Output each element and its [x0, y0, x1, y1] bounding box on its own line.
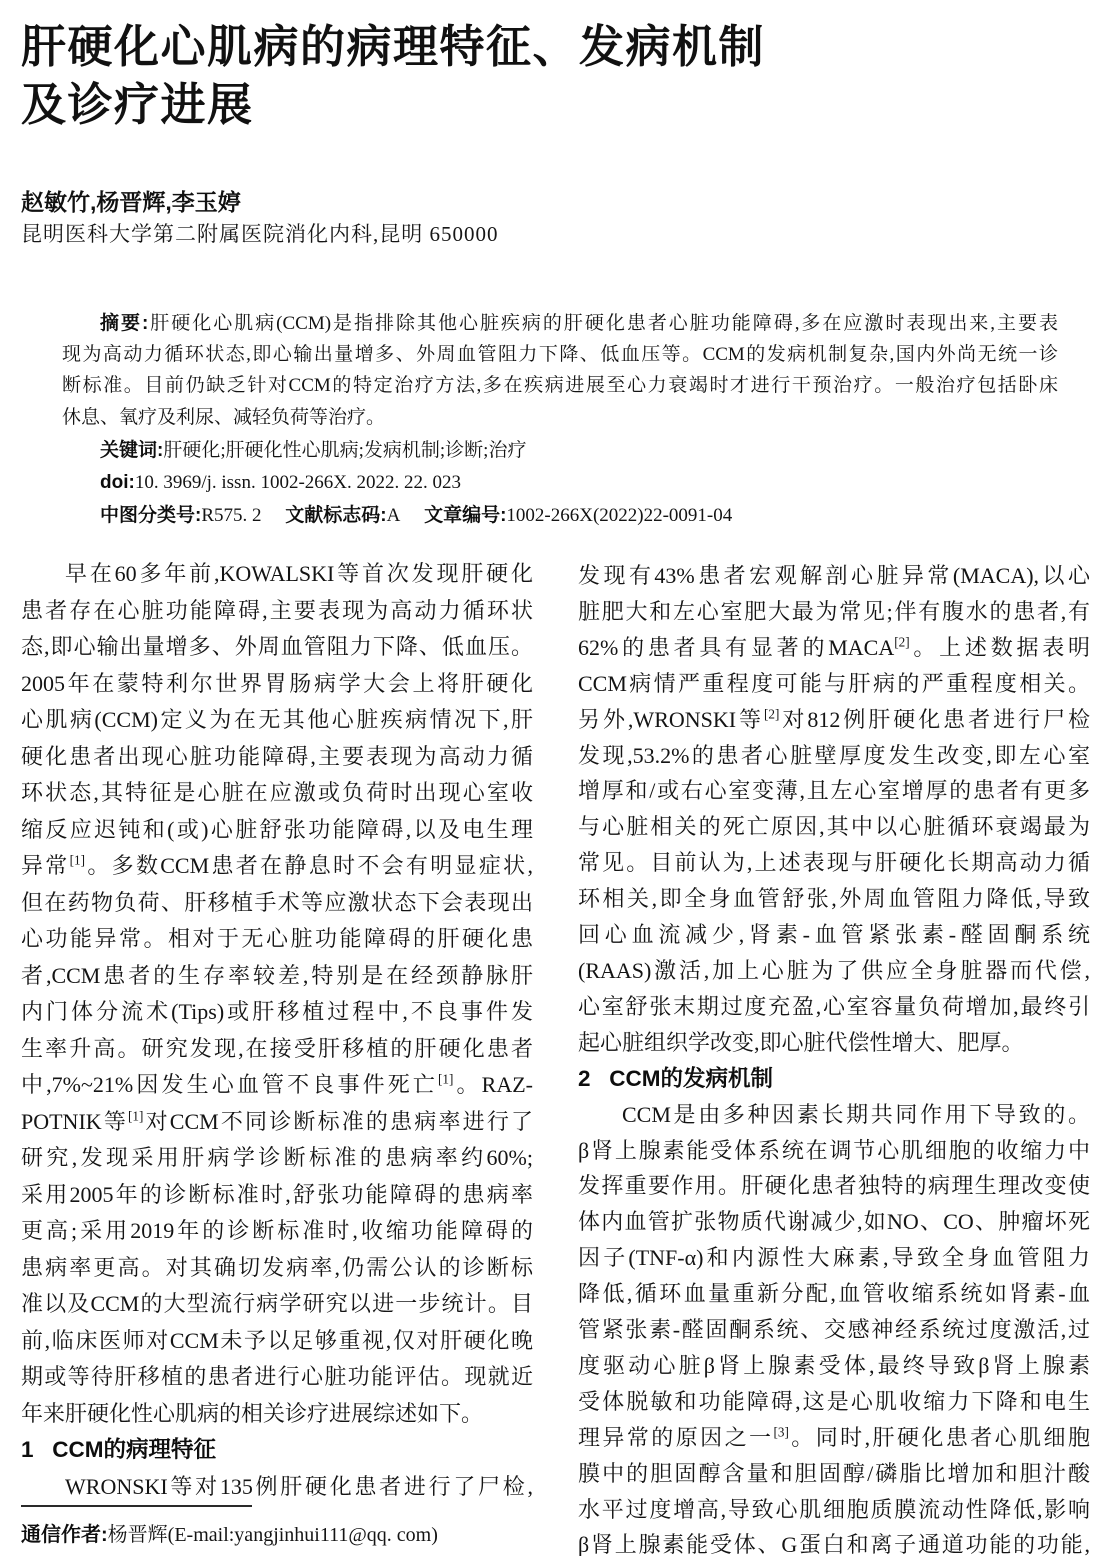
reference-superscript: [1]	[70, 853, 85, 868]
text-line: 异常[1]。多数CCM患者在静息时不会有明显症状,	[21, 848, 533, 885]
authors-line: 赵敏竹,杨晋辉,李玉婷	[21, 184, 241, 217]
text-line: 发挥重要作用。肝硬化患者独特的病理生理改变使	[578, 1168, 1090, 1204]
field-label: 中图分类号:	[100, 505, 201, 526]
text-line: 与心脏相关的死亡原因,其中以心脏循环衰竭最为	[578, 809, 1090, 845]
reference-superscript: [3]	[773, 1424, 788, 1439]
text-line: 2005年在蒙特利尔世界胃肠病学大会上将肝硬化	[21, 666, 533, 703]
text-line: 增厚和/或右心室变薄,且左心室增厚的患者有更多	[578, 773, 1090, 809]
text-line: doi:10. 3969/j. issn. 1002-266X. 2022. 2…	[62, 467, 1058, 500]
field-label: 文献标志码:	[285, 505, 386, 526]
text-line: 常见。目前认为,上述表现与肝硬化长期高动力循	[578, 845, 1090, 881]
text-line: 环状态,其特征是心脏在应激或负荷时出现心室收	[21, 775, 533, 812]
text-line: CCM病情严重程度可能与肝病的严重程度相关。	[578, 666, 1090, 702]
text-line: 度驱动心脏β肾上腺素受体,最终导致β肾上腺素	[578, 1348, 1090, 1384]
footnote-rule	[21, 1505, 252, 1507]
text-line: 膜中的胆固醇含量和胆固醇/磷脂比增加和胆汁酸	[578, 1456, 1090, 1492]
text-line: 休息、氧疗及利尿、减轻负荷等治疗。	[62, 402, 1058, 433]
text-line: 发现有43%患者宏观解剖心脏异常(MACA),以心	[578, 558, 1090, 594]
affiliation-line: 昆明医科大学第二附属医院消化内科,昆明 650000	[21, 218, 499, 248]
reference-superscript: [1]	[438, 1072, 453, 1087]
text-line: 62%的患者具有显著的MACA[2]。上述数据表明	[578, 630, 1090, 666]
footnote-text: 通信作者:杨晋辉(E-mail:yangjinhui111@qq. com)	[21, 1520, 551, 1550]
text-line: 准以及CCM的大型流行病学研究以进一步统计。目	[21, 1286, 533, 1323]
paper-page: 肝硬化心肌病的病理特征、发病机制 及诊疗进展 赵敏竹,杨晋辉,李玉婷 昆明医科大…	[0, 0, 1116, 1556]
abstract-block: 摘要:肝硬化心肌病(CCM)是指排除其他心脏疾病的肝硬化患者心脏功能障碍,多在应…	[62, 308, 1058, 433]
text-line: 心功能异常。相对于无心脏功能障碍的肝硬化患	[21, 921, 533, 958]
page-title-line-2: 及诊疗进展	[21, 76, 921, 134]
text-line: 期或等待肝移植的患者进行心脏功能评估。现就近	[21, 1359, 533, 1396]
field-label: 通信作者:	[21, 1524, 108, 1546]
reference-superscript: [2]	[764, 706, 779, 721]
text-line: 起心脏组织学改变,即心脏代偿性增大、肥厚。	[578, 1025, 1090, 1061]
text-line: 心肌病(CCM)定义为在无其他心脏疾病情况下,肝	[21, 702, 533, 739]
section-heading: 2 CCM的发病机制	[578, 1061, 1090, 1097]
text-line: 理异常的原因之一[3]。同时,肝硬化患者心肌细胞	[578, 1420, 1090, 1456]
body-column-right: 发现有43%患者宏观解剖心脏异常(MACA),以心脏肥大和左心室肥大最为常见;伴…	[578, 558, 1090, 1556]
text-line: 采用2005年的诊断标准时,舒张功能障碍的患病率	[21, 1177, 533, 1214]
text-line: 关键词:肝硬化;肝硬化性心肌病;发病机制;诊断;治疗	[62, 435, 1058, 468]
text-line: 者,CCM患者的生存率较差,特别是在经颈静脉肝	[21, 958, 533, 995]
text-line: 因子(TNF-α)和内源性大麻素,导致全身血管阻力	[578, 1240, 1090, 1276]
text-line: 中图分类号:R575. 2 文献标志码:A 文章编号:1002-266X(202…	[62, 500, 1058, 533]
text-line: 降低,循环血量重新分配,血管收缩系统如肾素-血	[578, 1276, 1090, 1312]
text-line: 硬化患者出现心脏功能障碍,主要表现为高动力循	[21, 739, 533, 776]
text-line: 受体脱敏和功能障碍,这是心肌收缩力下降和电生	[578, 1384, 1090, 1420]
reference-superscript: [2]	[894, 634, 909, 649]
page-title-line-1: 肝硬化心肌病的病理特征、发病机制	[21, 18, 921, 76]
meta-block: 关键词:肝硬化;肝硬化性心肌病;发病机制;诊断;治疗doi:10. 3969/j…	[62, 435, 1058, 533]
text-line: 患病率更高。对其确切发病率,仍需公认的诊断标	[21, 1250, 533, 1287]
text-line: 内门体分流术(Tips)或肝移植过程中,不良事件发	[21, 994, 533, 1031]
text-line: 水平过度增高,导致心肌细胞质膜流动性降低,影响	[578, 1492, 1090, 1528]
text-line: 早在60多年前,KOWALSKI等首次发现肝硬化	[21, 556, 533, 593]
text-line: 但在药物负荷、肝移植手术等应激状态下会表现出	[21, 885, 533, 922]
section-heading: 1 CCM的病理特征	[21, 1432, 533, 1469]
text-line: 生率升高。研究发现,在接受肝移植的肝硬化患者	[21, 1031, 533, 1068]
reference-superscript: [1]	[128, 1108, 143, 1123]
text-line: 另外,WRONSKI等[2]对812例肝硬化患者进行尸检	[578, 702, 1090, 738]
text-line: β肾上腺素能受体系统在调节心肌细胞的收缩力中	[578, 1133, 1090, 1169]
front-matter: 摘要:肝硬化心肌病(CCM)是指排除其他心脏疾病的肝硬化患者心脏功能障碍,多在应…	[62, 308, 1058, 533]
text-line: 研究,发现采用肝病学诊断标准的患病率约60%;	[21, 1140, 533, 1177]
field-label: 摘要:	[100, 313, 148, 334]
text-line: 前,临床医师对CCM未予以足够重视,仅对肝硬化晚	[21, 1323, 533, 1360]
page-title: 肝硬化心肌病的病理特征、发病机制 及诊疗进展	[21, 18, 921, 134]
text-line: CCM是由多种因素长期共同作用下导致的。	[578, 1097, 1090, 1133]
text-line: 年来肝硬化性心肌病的相关诊疗进展综述如下。	[21, 1396, 533, 1433]
text-line: 环相关,即全身血管舒张,外周血管阻力降低,导致	[578, 881, 1090, 917]
text-line: 体内血管扩张物质代谢减少,如NO、CO、肿瘤坏死	[578, 1204, 1090, 1240]
text-line: β肾上腺素能受体、G蛋白和离子通道功能的功能,	[578, 1527, 1090, 1556]
field-label: 关键词:	[100, 440, 163, 461]
text-line: 断标准。目前仍缺乏针对CCM的特定治疗方法,多在疾病进展至心力衰竭时才进行干预治…	[62, 370, 1058, 401]
text-line: 态,即心输出量增多、外周血管阻力下降、低血压。	[21, 629, 533, 666]
text-line: 更高;采用2019年的诊断标准时,收缩功能障碍的	[21, 1213, 533, 1250]
text-line: POTNIK等[1]对CCM不同诊断标准的患病率进行了	[21, 1104, 533, 1141]
text-line: (RAAS)激活,加上心脏为了供应全身脏器而代偿,	[578, 953, 1090, 989]
text-line: 发现,53.2%的患者心脏壁厚度发生改变,即左心室	[578, 738, 1090, 774]
text-line: 患者存在心脏功能障碍,主要表现为高动力循环状	[21, 593, 533, 630]
field-label: doi:	[100, 472, 135, 493]
text-line: 现为高动力循环状态,即心输出量增多、外周血管阻力下降、低血压等。CCM的发病机制…	[62, 339, 1058, 370]
body-column-left: 早在60多年前,KOWALSKI等首次发现肝硬化患者存在心脏功能障碍,主要表现为…	[21, 556, 533, 1505]
text-line: 中,7%~21%因发生心血管不良事件死亡[1]。RAZ-	[21, 1067, 533, 1104]
text-line: 摘要:肝硬化心肌病(CCM)是指排除其他心脏疾病的肝硬化患者心脏功能障碍,多在应…	[62, 308, 1058, 339]
text-line: WRONSKI等对135例肝硬化患者进行了尸检,	[21, 1469, 533, 1506]
text-line: 回心血流减少,肾素-血管紧张素-醛固酮系统	[578, 917, 1090, 953]
text-line: 管紧张素-醛固酮系统、交感神经系统过度激活,过	[578, 1312, 1090, 1348]
text-line: 脏肥大和左心室肥大最为常见;伴有腹水的患者,有	[578, 594, 1090, 630]
text-line: 缩反应迟钝和(或)心脏舒张功能障碍,以及电生理	[21, 812, 533, 849]
field-label: 文章编号:	[424, 505, 506, 526]
text-line: 心室舒张末期过度充盈,心室容量负荷增加,最终引	[578, 989, 1090, 1025]
